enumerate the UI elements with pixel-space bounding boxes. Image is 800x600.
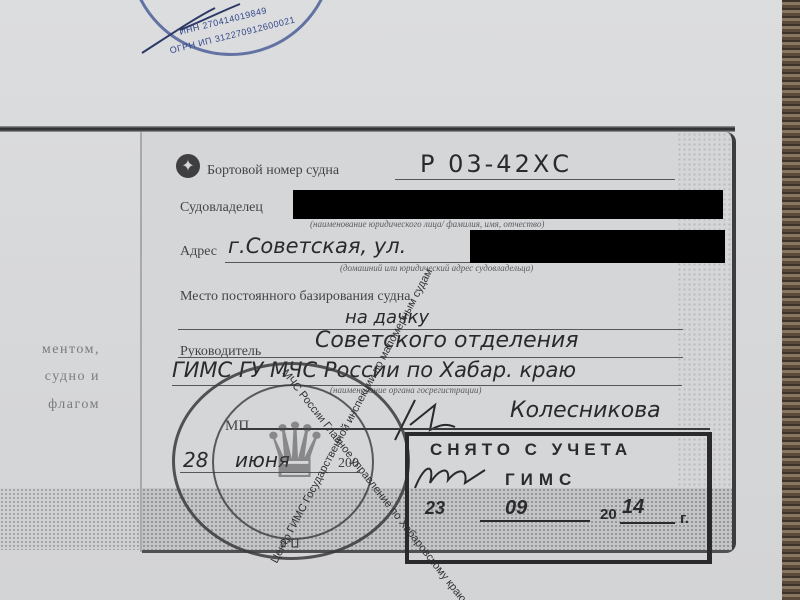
left-page-line-1: ментом, bbox=[42, 342, 100, 358]
board-number-label: Бортовой номер судна bbox=[207, 163, 339, 179]
head-value-line-1: Советского отделения bbox=[315, 328, 579, 353]
board-number-value: Р 03-42ХС bbox=[420, 150, 572, 178]
stamp-signature bbox=[410, 458, 490, 498]
left-page-halftone bbox=[0, 488, 142, 550]
deregistered-date-day: 23 bbox=[425, 498, 445, 519]
home-port-value: на дачку bbox=[345, 307, 429, 328]
owner-redaction bbox=[293, 190, 723, 219]
deregistered-date-year-suffix: 14 bbox=[622, 496, 644, 519]
deregistered-date-year-prefix: 20 bbox=[600, 506, 617, 523]
home-port-label: Место постоянного базирования судна bbox=[180, 289, 410, 305]
left-page-line-2: судно и bbox=[45, 369, 100, 385]
deregistered-stamp-org: ГИМС bbox=[505, 470, 577, 490]
board-number-underline bbox=[395, 179, 675, 180]
top-signature bbox=[140, 0, 250, 55]
background-fabric bbox=[782, 0, 800, 600]
address-label: Адрес bbox=[180, 244, 217, 260]
left-page-line-3: флагом bbox=[48, 397, 100, 413]
deregistered-date-year-mark: г. bbox=[680, 510, 689, 527]
deregistered-stamp-title: СНЯТО С УЧЕТА bbox=[430, 440, 632, 460]
deregistered-date-month: 09 bbox=[505, 497, 527, 520]
deregistered-year-underline bbox=[620, 522, 675, 524]
address-caption: (домашний или юридический адрес судовлад… bbox=[340, 263, 533, 273]
address-value: г.Советская, ул. bbox=[228, 234, 406, 258]
address-redaction bbox=[470, 230, 725, 263]
compass-emblem-icon: ✦ bbox=[176, 154, 200, 178]
head-signature-name: Колесникова bbox=[510, 398, 661, 423]
round-seal-code: П-6 bbox=[280, 536, 299, 550]
owner-caption: (наименование юридического лица/ фамилия… bbox=[310, 219, 544, 229]
owner-label: Судовладелец bbox=[180, 200, 263, 216]
deregistered-month-underline bbox=[480, 520, 590, 522]
